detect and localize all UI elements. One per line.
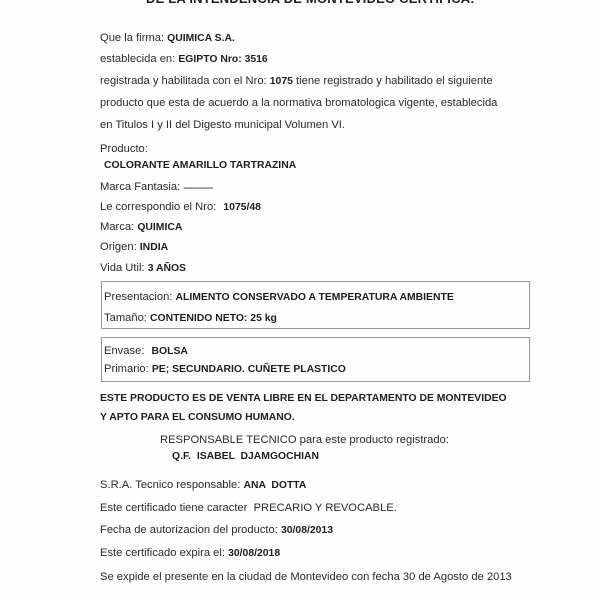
vida-util-line: Vida Util: 3 AÑOS <box>100 261 186 276</box>
origen-line: Origen: INDIA <box>100 240 168 255</box>
venta-libre-line-1: ESTE PRODUCTO ES DE VENTA LIBRE EN EL DE… <box>100 392 507 406</box>
caracter-line: Este certificado tiene caracter PRECARIO… <box>100 501 397 515</box>
fecha-autorizacion-label: Fecha de autorizacion del producto: <box>100 524 278 536</box>
sra-line: S.R.A. Tecnico responsable: ANA DOTTA <box>100 478 306 493</box>
producto-value: COLORANTE AMARILLO TARTRAZINA <box>104 159 296 173</box>
numero-label: Le correspondio el Nro: <box>100 201 216 213</box>
presentacion-box: Presentacion: ALIMENTO CONSERVADO A TEMP… <box>101 281 530 329</box>
vida-util-label: Vida Util: <box>100 262 145 274</box>
numero-value: 1075/48 <box>223 202 261 213</box>
numero-line: Le correspondio el Nro: 1075/48 <box>100 200 261 215</box>
paragraph-line-3: en Titulos I y II del Digesto municipal … <box>100 118 345 132</box>
responsable-heading: RESPONSABLE TECNICO para este producto r… <box>160 433 449 447</box>
responsable-name: Q.F. ISABEL DJAMGOCHIAN <box>172 450 319 464</box>
establecida-line: establecida en: EGIPTO Nro: 3516 <box>100 52 268 67</box>
envase-line: Envase: BOLSA <box>104 344 188 359</box>
sra-label: S.R.A. Tecnico responsable: <box>100 479 240 491</box>
envase-value: BOLSA <box>152 346 188 357</box>
firma-value: QUIMICA S.A. <box>167 33 235 44</box>
producto-label: Producto: <box>100 142 148 156</box>
presentacion-line: Presentacion: ALIMENTO CONSERVADO A TEMP… <box>104 290 454 305</box>
marca-fantasia-value: ---------------- <box>183 185 212 192</box>
establecida-label: establecida en: <box>100 53 175 65</box>
registro-prefix: registrada y habilitada con el Nro: <box>100 75 267 87</box>
registro-line: registrada y habilitada con el Nro: 1075… <box>100 74 493 89</box>
expedicion-line: Se expide el presente en la ciudad de Mo… <box>100 570 512 584</box>
paragraph-line-2: producto que esta de acuerdo a la normat… <box>100 96 497 110</box>
tamano-label: Tamaño: <box>104 312 147 324</box>
marca-fantasia-line: Marca Fantasia: ---------------- <box>100 180 213 196</box>
vida-util-value: 3 AÑOS <box>148 263 186 274</box>
origen-label: Origen: <box>100 241 137 253</box>
fecha-autorizacion-line: Fecha de autorizacion del producto: 30/0… <box>100 523 333 538</box>
tamano-line: Tamaño: CONTENIDO NETO: 25 kg <box>104 311 277 326</box>
certificate-page: DE LA INTENDENCIA DE MONTEVIDEO CERTIFIC… <box>0 0 600 600</box>
marca-value: QUIMICA <box>137 222 182 233</box>
marca-fantasia-label: Marca Fantasia: <box>100 181 180 193</box>
document-title: DE LA INTENDENCIA DE MONTEVIDEO CERTIFIC… <box>146 0 475 6</box>
envase-label: Envase: <box>104 345 144 357</box>
primario-line: Primario: PE; SECUNDARIO. CUÑETE PLASTIC… <box>104 362 346 377</box>
envase-box: Envase: BOLSA Primario: PE; SECUNDARIO. … <box>101 337 530 382</box>
sra-value: ANA DOTTA <box>243 480 306 491</box>
expira-value: 30/08/2018 <box>228 548 280 559</box>
presentacion-value: ALIMENTO CONSERVADO A TEMPERATURA AMBIEN… <box>176 292 454 303</box>
registro-suffix: tiene registrado y habilitado el siguien… <box>296 75 493 87</box>
primario-label: Primario: <box>104 363 149 375</box>
tamano-value: CONTENIDO NETO: 25 kg <box>150 313 277 324</box>
expira-label: Este certificado expira el: <box>100 547 225 559</box>
firma-line: Que la firma: QUIMICA S.A. <box>100 31 235 46</box>
firma-label: Que la firma: <box>100 32 164 44</box>
origen-value: INDIA <box>140 242 168 253</box>
registro-number: 1075 <box>270 76 293 87</box>
presentacion-label: Presentacion: <box>104 291 172 303</box>
primario-value: PE; SECUNDARIO. CUÑETE PLASTICO <box>152 364 346 375</box>
fecha-autorizacion-value: 30/08/2013 <box>281 525 333 536</box>
marca-label: Marca: <box>100 221 134 233</box>
establecida-value: EGIPTO Nro: 3516 <box>178 54 267 65</box>
expira-line: Este certificado expira el: 30/08/2018 <box>100 546 280 561</box>
marca-line: Marca: QUIMICA <box>100 220 182 235</box>
venta-libre-line-2: Y APTO PARA EL CONSUMO HUMANO. <box>100 411 295 425</box>
